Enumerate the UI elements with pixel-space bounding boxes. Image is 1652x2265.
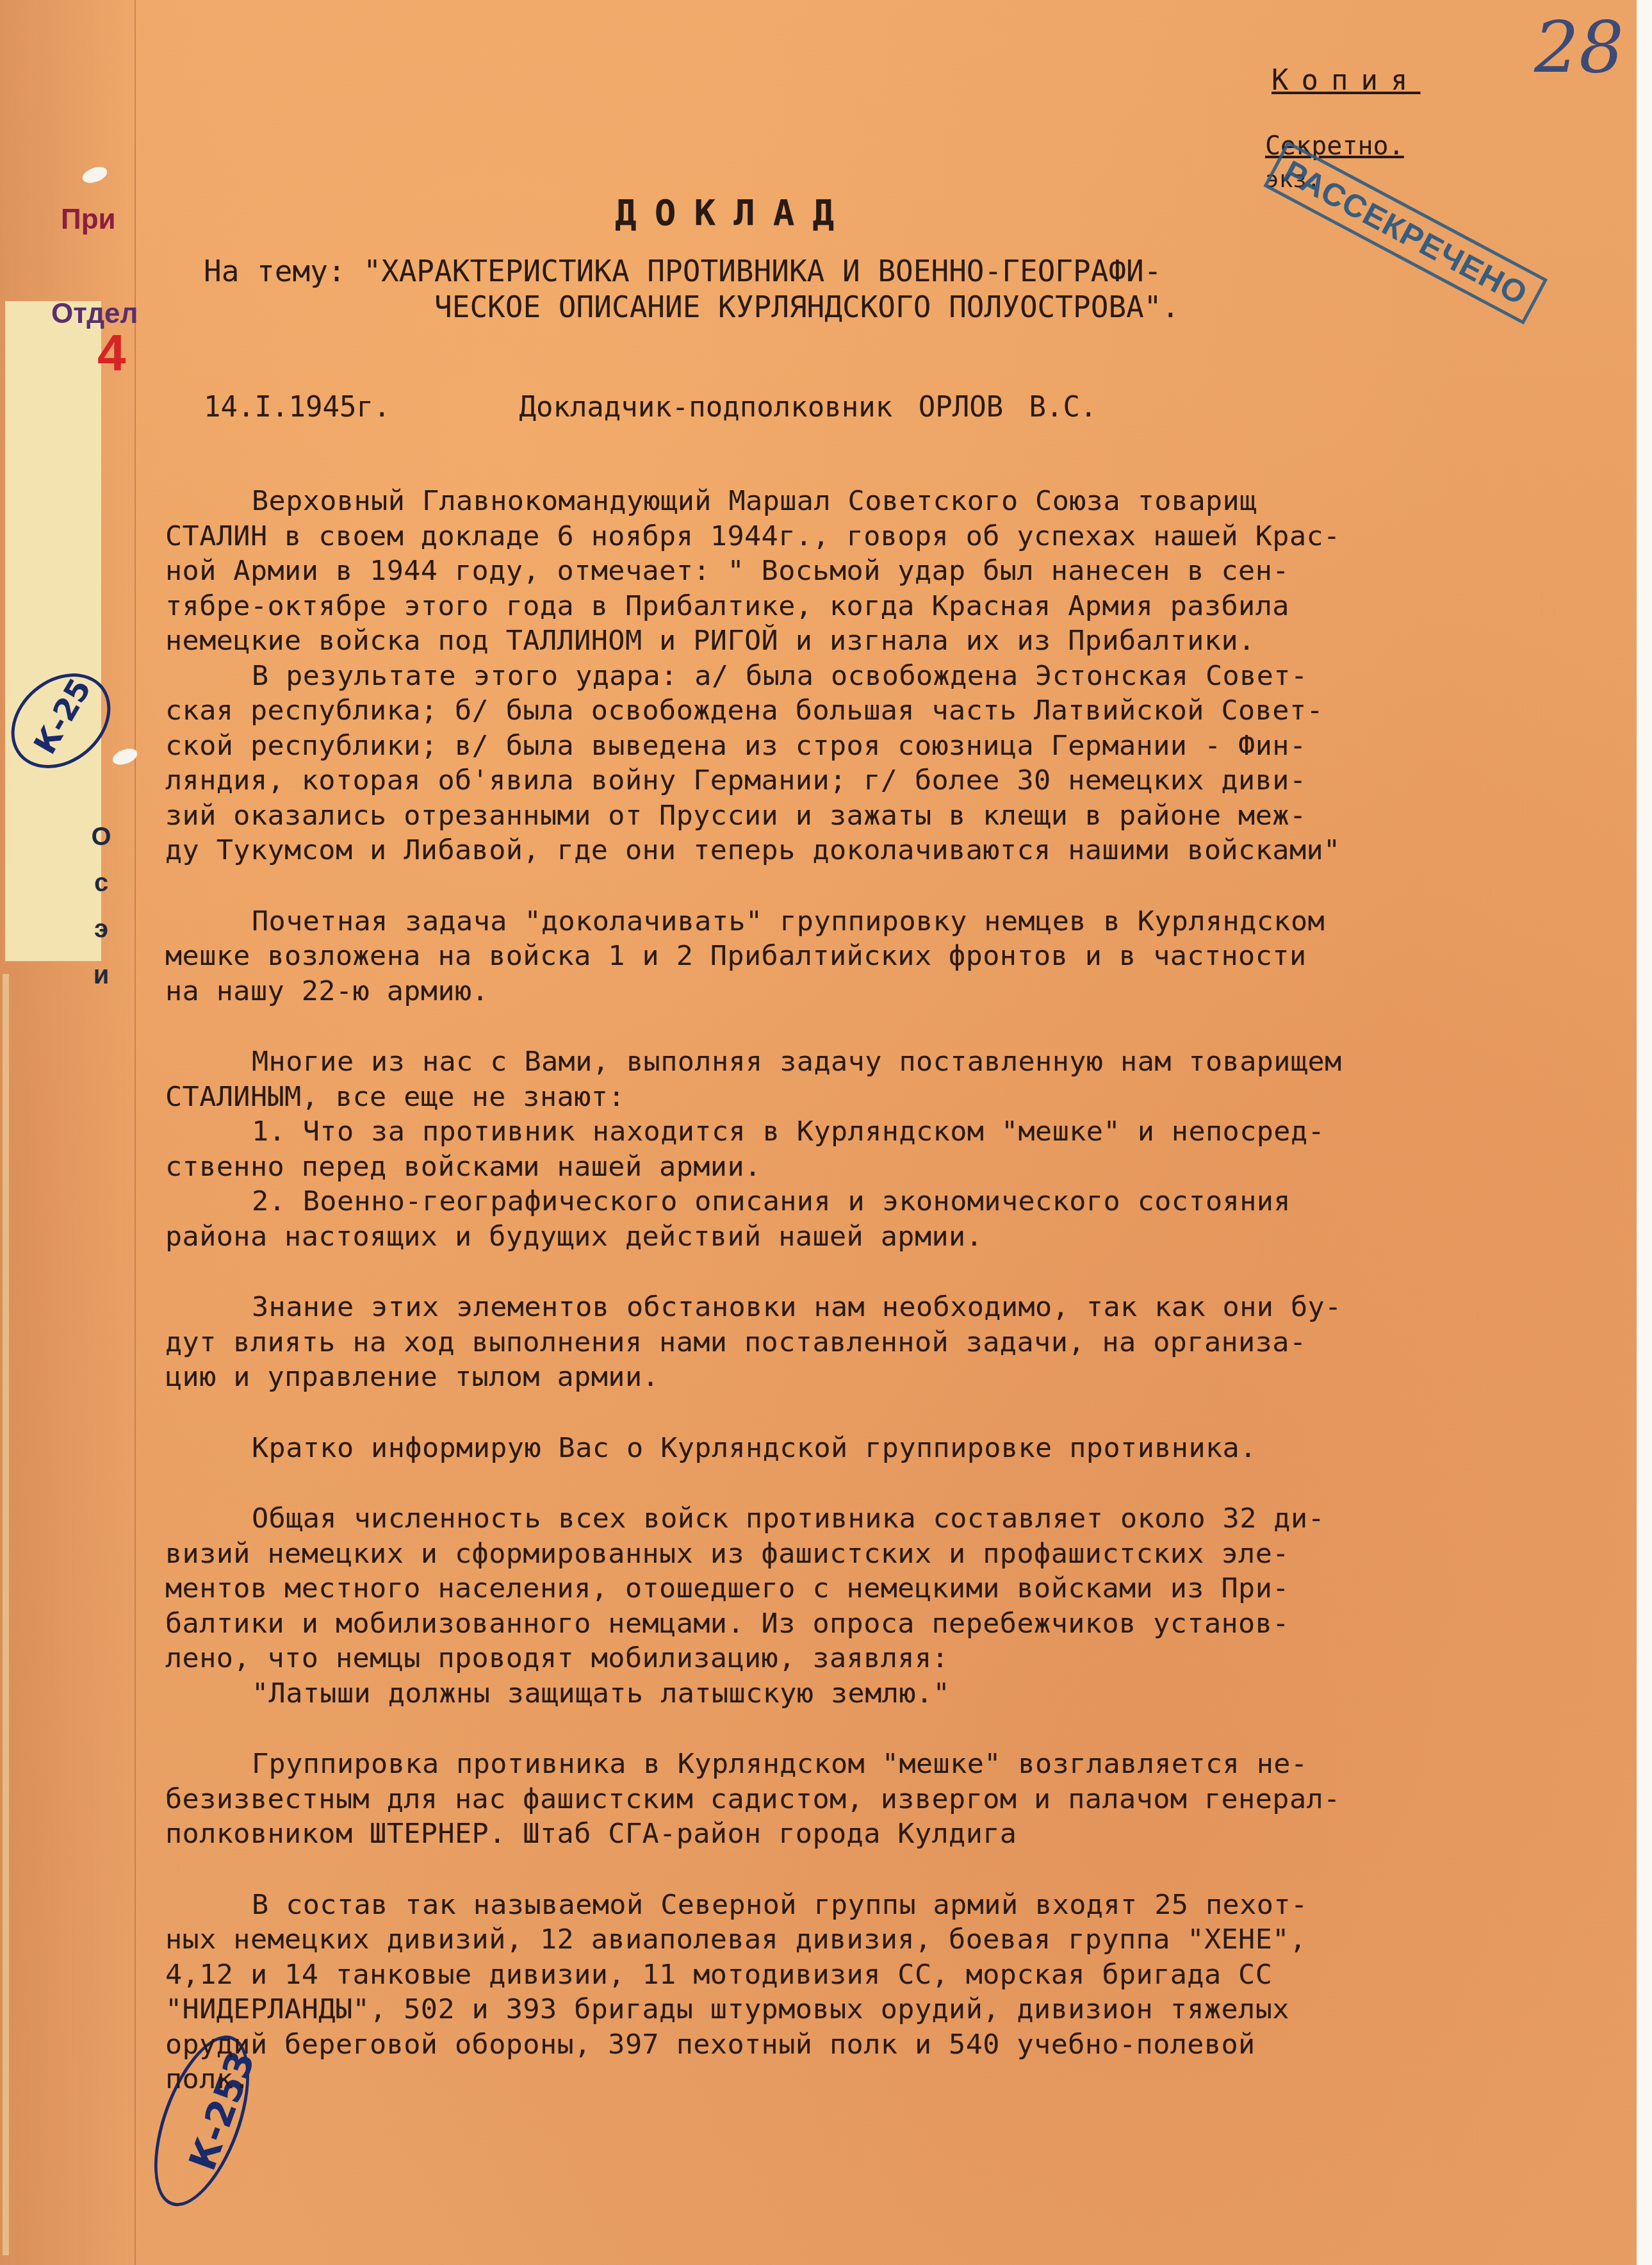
text-line: СТАЛИНЫМ, все еще не знают: [165, 1080, 1600, 1115]
date-speaker-line: 14.I.1945г. Докладчик-подполковник ОРЛОВ… [204, 391, 1097, 424]
margin-label-top: При [61, 204, 116, 236]
paragraph: Знание этих элементов обстановки нам нео… [165, 1290, 1600, 1395]
repair-tape-edge [3, 974, 9, 2255]
copy-label: Копия [1272, 64, 1420, 97]
text-line: ляндия, которая об'явила войну Германии;… [165, 763, 1600, 798]
text-line: полк. [165, 2062, 1600, 2097]
text-line: на нашу 22-ю армию. [165, 974, 1600, 1009]
text-line: зий оказались отрезанными от Пруссии и з… [165, 798, 1600, 834]
paragraph: Общая численность всех войск противника … [165, 1501, 1600, 1711]
text-line: В результате этого удара: а/ была освобо… [165, 659, 1600, 694]
text-line: Группировка противника в Курляндском "ме… [165, 1747, 1600, 1782]
text-line: Кратко информирую Вас о Курляндской груп… [165, 1431, 1600, 1466]
text-line: СТАЛИН в своем докладе 6 ноября 1944г., … [165, 519, 1600, 554]
scan-border [1637, 0, 1652, 2265]
text-line: ментов местного населения, отошедшего с … [165, 1571, 1600, 1606]
text-line: визий немецких и сформированных из фашис… [165, 1536, 1600, 1572]
margin-letter: э [88, 906, 114, 952]
document-body: Верховный Главнокомандующий Маршал Совет… [165, 484, 1600, 2133]
text-line: цию и управление тылом армии. [165, 1360, 1600, 1395]
page-number: 28 [1534, 6, 1624, 88]
margin-letter: и [88, 952, 114, 998]
paragraph: Верховный Главнокомандующий Маршал Совет… [165, 484, 1600, 868]
text-line: тябре-октябре этого года в Прибалтике, к… [165, 589, 1600, 624]
text-line: ду Тукумсом и Либавой, где они теперь до… [165, 833, 1600, 868]
paragraph: Почетная задача "доколачивать" группиров… [165, 904, 1600, 1009]
text-line: района настоящих и будущих действий наше… [165, 1219, 1600, 1255]
text-line: ская республика; б/ была освобождена бол… [165, 693, 1600, 729]
topic-line: ЧЕСКОЕ ОПИСАНИЕ КУРЛЯНДСКОГО ПОЛУОСТРОВА… [204, 289, 1179, 325]
text-line: немецкие войска под ТАЛЛИНОМ и РИГОЙ и и… [165, 623, 1600, 659]
margin-letter: О [88, 814, 114, 860]
red-mark: 4 [97, 324, 126, 383]
text-line: Почетная задача "доколачивать" группиров… [165, 904, 1600, 939]
text-line: Многие из нас с Вами, выполняя задачу по… [165, 1044, 1600, 1080]
text-line: 4,12 и 14 танковые дивизии, 11 мотодивиз… [165, 1957, 1600, 1993]
repair-tape [5, 301, 101, 961]
text-line: лено, что немцы проводят мобилизацию, за… [165, 1641, 1600, 1676]
margin-vertical-letters: О с э и [88, 814, 114, 998]
text-line: дут влиять на ход выполнения нами постав… [165, 1325, 1600, 1360]
speaker: Докладчик-подполковник ОРЛОВ В.С. [519, 391, 1097, 424]
text-line: ной Армии в 1944 году, отмечает: " Восьм… [165, 554, 1600, 589]
text-line: балтики и мобилизованного немцами. Из оп… [165, 1606, 1600, 1642]
paragraph: Группировка противника в Курляндском "ме… [165, 1747, 1600, 1852]
text-line: Общая численность всех войск противника … [165, 1501, 1600, 1536]
topic-line: На тему: "ХАРАКТЕРИСТИКА ПРОТИВНИКА И ВО… [204, 254, 1162, 288]
text-line: ской республики; в/ была выведена из стр… [165, 729, 1600, 764]
text-line: 2. Военно-географического описания и эко… [165, 1184, 1600, 1219]
text-line: ственно перед войсками нашей армии. [165, 1149, 1600, 1185]
text-line: 1. Что за противник находится в Курляндс… [165, 1114, 1600, 1149]
text-line: полковником ШТЕРНЕР. Штаб СГА-район горо… [165, 1816, 1600, 1852]
paragraph: Многие из нас с Вами, выполняя задачу по… [165, 1044, 1600, 1254]
document-topic: На тему: "ХАРАКТЕРИСТИКА ПРОТИВНИКА И ВО… [204, 253, 1179, 325]
text-line: безизвестным для нас фашистским садистом… [165, 1782, 1600, 1817]
paragraph: В состав так называемой Северной группы … [165, 1888, 1600, 2097]
text-line: Верховный Главнокомандующий Маршал Совет… [165, 484, 1600, 519]
text-line: Знание этих элементов обстановки нам нео… [165, 1290, 1600, 1325]
margin-letter: с [88, 860, 114, 906]
paragraph: Кратко информирую Вас о Курляндской груп… [165, 1431, 1600, 1466]
document-title: ДОКЛАД [615, 192, 852, 234]
text-line: "НИДЕРЛАНДЫ", 502 и 393 бригады штурмовы… [165, 1992, 1600, 2027]
text-line: ных немецких дивизий, 12 авиаполевая див… [165, 1922, 1600, 1957]
text-line: В состав так называемой Северной группы … [165, 1888, 1600, 1923]
text-line: орудий береговой обороны, 397 пехотный п… [165, 2027, 1600, 2063]
text-line: "Латыши должны защищать латышскую землю.… [165, 1676, 1600, 1711]
text-line: мешке возложена на войска 1 и 2 Прибалти… [165, 939, 1600, 974]
report-date: 14.I.1945г. [204, 391, 390, 424]
